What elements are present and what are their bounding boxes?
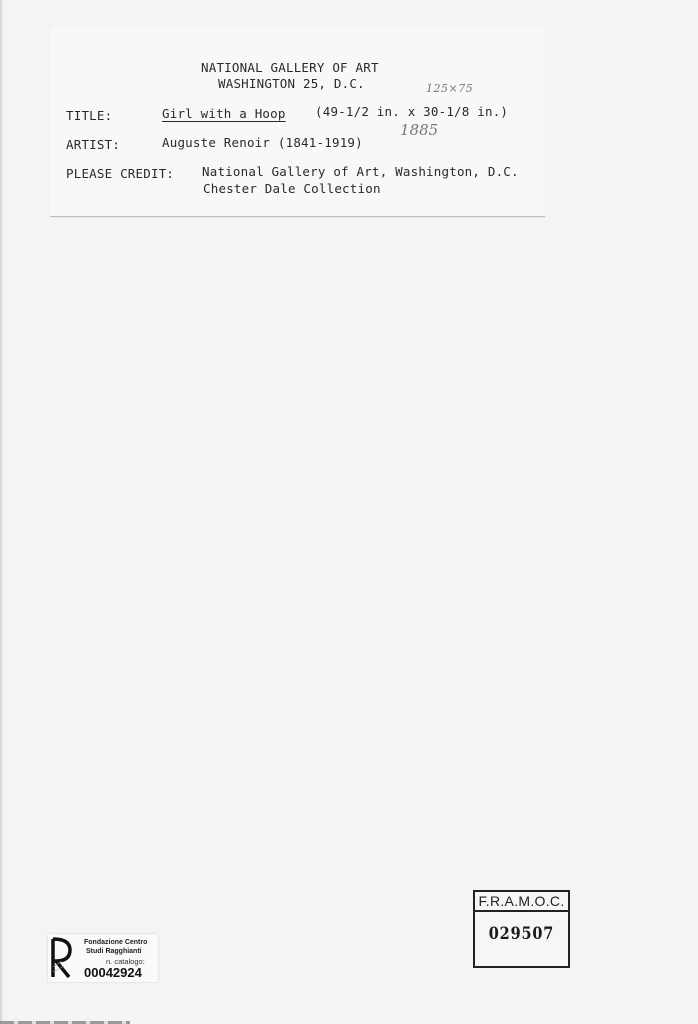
catalog-number: 00042924 xyxy=(84,965,142,980)
gallery-name: NATIONAL GALLERY OF ART xyxy=(201,60,379,75)
archive-name-line-1: Fondazione Centro xyxy=(84,939,147,946)
artwork-title: Girl with a Hoop xyxy=(162,106,286,121)
fondazione-logo-icon xyxy=(50,937,72,979)
artwork-dimensions: (49-1/2 in. x 30-1/8 in.) xyxy=(315,104,508,119)
handwritten-year: 1885 xyxy=(400,121,438,139)
archive-catalog-label: Fondazione Centro Studi Ragghianti n. ca… xyxy=(48,934,158,982)
credit-line-2: Chester Dale Collection xyxy=(203,181,381,196)
credit-label: PLEASE CREDIT: xyxy=(66,166,174,181)
credit-line-1: National Gallery of Art, Washington, D.C… xyxy=(202,164,519,179)
archive-name-line-2: Studi Ragghianti xyxy=(86,948,142,955)
gallery-label-card: NATIONAL GALLERY OF ART WASHINGTON 25, D… xyxy=(50,28,545,216)
gallery-address: WASHINGTON 25, D.C. xyxy=(218,76,365,91)
framoc-stamp: F.R.A.M.O.C. 029507 xyxy=(473,890,570,968)
handwritten-dimensions: 125×75 xyxy=(426,82,473,95)
title-label: TITLE: xyxy=(66,108,112,123)
framoc-header: F.R.A.M.O.C. xyxy=(475,892,568,912)
artist-label: ARTIST: xyxy=(66,137,120,152)
artist-name: Auguste Renoir (1841-1919) xyxy=(162,135,363,150)
framoc-number: 029507 xyxy=(482,924,561,944)
photo-edge xyxy=(0,0,3,1024)
